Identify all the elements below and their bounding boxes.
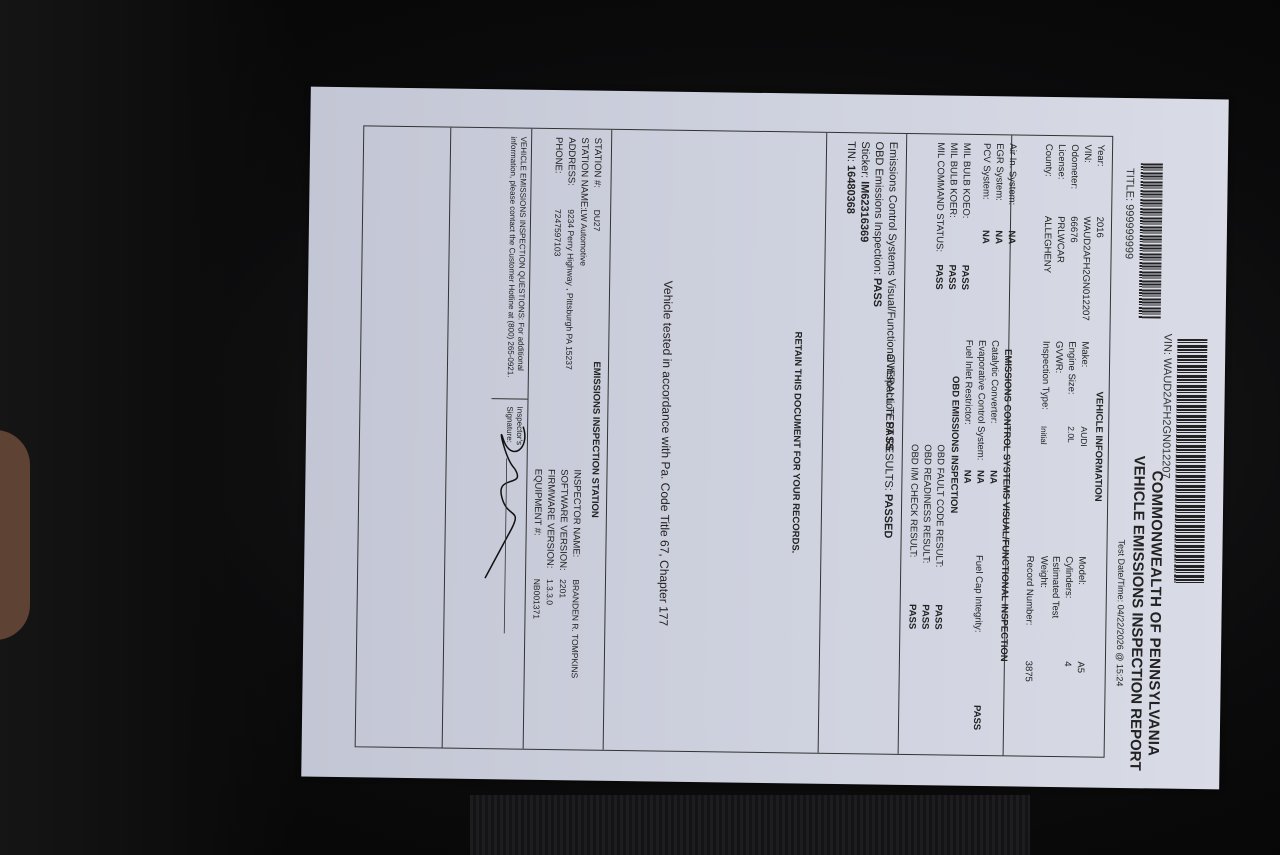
obd-readiness-label: OBD READINESS RESULT: xyxy=(920,444,933,563)
vin-value: WAUD2AFH2GN012207 xyxy=(1080,216,1092,320)
inspector-name-value: BRANDEN R. TOMPKINS xyxy=(570,579,581,678)
fuel-cap-value: PASS xyxy=(971,705,982,730)
phone-label: PHONE: xyxy=(553,137,565,174)
station-name-label: STATION NAME: xyxy=(578,137,590,210)
mil-koer-value: PASS xyxy=(946,265,957,290)
obd-fault-value: PASS xyxy=(932,604,943,629)
mil-command-label: MIL COMMAND STATUS: xyxy=(934,142,947,252)
egr-system-label: EGR System: xyxy=(993,143,1005,201)
tin: TIN: 16480368 xyxy=(844,141,857,214)
pcv-system-value: NA xyxy=(980,230,991,244)
title-barcode xyxy=(1139,163,1163,318)
air-system-value: NA xyxy=(1006,230,1017,244)
hotline-notice: VEHICLE EMISSIONS INSPECTION QUESTIONS: … xyxy=(505,136,529,391)
record-number-value: 3875 xyxy=(1023,661,1034,682)
inspection-type-label: Inspection Type: xyxy=(1039,341,1051,410)
fuel-inlet-value: NA xyxy=(961,470,972,484)
fuel-inlet-label: Fuel Inlet Restrictor: xyxy=(962,340,974,425)
sticker-label: Sticker: xyxy=(859,141,872,178)
obd-fault-label: OBD FAULT CODE RESULT: xyxy=(933,444,946,567)
obd-result: OBD Emissions Inspection: PASS xyxy=(871,141,885,307)
title-barcode-label: TITLE: 999999999 xyxy=(1123,168,1136,259)
engine-size-label: Engine Size: xyxy=(1066,341,1078,394)
overall-result-value: PASSED xyxy=(882,494,895,539)
retain-notice: RETAIN THIS DOCUMENT FOR YOUR RECORDS. xyxy=(787,132,807,752)
software-version-label: SOFTWARE VERSION: xyxy=(557,469,569,571)
gvwr-label: GVWR: xyxy=(1053,341,1064,373)
hand xyxy=(0,430,30,640)
sticker-value: IM62316369 xyxy=(858,181,871,242)
make-value: AUDI xyxy=(1079,426,1089,446)
visual-result: Emissions Control Systems Visual/Functio… xyxy=(883,142,899,451)
seat-fabric xyxy=(470,795,1030,855)
mil-command-value: PASS xyxy=(933,264,944,289)
obd-result-value: PASS xyxy=(871,278,883,307)
est-weight-label: Estimated Test Weight: xyxy=(1036,556,1061,646)
address-label: ADDRESS: xyxy=(566,137,578,186)
phone-value: 7247597103 xyxy=(553,209,564,256)
firmware-version-value: 1.3.3.0 xyxy=(545,579,555,605)
vin-label: VIN: xyxy=(1082,144,1093,163)
inspection-type-value: Initial xyxy=(1039,426,1048,445)
firmware-version-label: FIRMWARE VERSION: xyxy=(544,469,556,569)
county-label: County: xyxy=(1043,144,1054,177)
air-system-label: Air In. System: xyxy=(1006,143,1018,205)
station-number-label: STATION #: xyxy=(591,138,603,188)
inspector-signature xyxy=(480,418,533,639)
evap-system-value: NA xyxy=(974,470,985,484)
vin-barcode xyxy=(1174,339,1207,584)
evap-system-label: Evaporative Control System: xyxy=(975,340,988,461)
car-seat-background xyxy=(0,0,300,855)
mil-koeo-value: PASS xyxy=(959,265,970,290)
license-label: License: xyxy=(1056,144,1067,180)
report-title-line1: COMMONWEALTH OF PENNSYLVANIA xyxy=(1144,448,1166,778)
model-label: Model: xyxy=(1076,556,1087,585)
tin-value: 16480368 xyxy=(844,165,857,214)
tin-label: TIN: xyxy=(845,141,857,162)
obd-title: OBD EMISSIONS INSPECTION xyxy=(945,135,965,755)
year-value: 2016 xyxy=(1094,217,1105,238)
odometer-value: 66676 xyxy=(1068,216,1079,243)
egr-system-value: NA xyxy=(993,230,1004,244)
license-value: PRLWCAR xyxy=(1054,216,1066,263)
catalytic-converter-value: NA xyxy=(987,470,998,484)
emissions-inspection-report: VIN: WAUD2AFH2GN012207 TITLE: 999999999 … xyxy=(301,87,1229,790)
sticker: Sticker: IM62316369 xyxy=(858,141,871,242)
station-number-value: DU27 xyxy=(592,210,602,232)
retain-section: RETAIN THIS DOCUMENT FOR YOUR RECORDS. xyxy=(768,132,828,753)
make-label: Make: xyxy=(1079,341,1090,367)
equipment-value: NB001371 xyxy=(531,579,542,619)
year-label: Year: xyxy=(1095,145,1106,167)
emissions-control-section: EMISSIONS CONTROL SYSTEMS VISUAL/FUNCTIO… xyxy=(898,134,1013,755)
cylinders-label: Cylinders: xyxy=(1063,556,1075,598)
inspector-name-label: INSPECTOR NAME: xyxy=(570,469,582,557)
cylinders-value: 4 xyxy=(1062,661,1073,666)
obd-result-label: OBD Emissions Inspection: xyxy=(871,141,885,274)
fuel-cap-label: Fuel Cap Integrity: xyxy=(972,555,984,633)
mil-koeo-label: MIL BULB KOEO: xyxy=(960,143,972,219)
vehicle-info-section: VEHICLE INFORMATION Year: 2016 VIN: WAUD… xyxy=(1003,135,1113,756)
test-datetime: Test Date/Time: 04/22/2026 @ 15:24 xyxy=(1113,448,1128,778)
report-frame: VEHICLE INFORMATION Year: 2016 VIN: WAUD… xyxy=(355,125,1114,757)
code-section: Vehicle tested in accordance with Pa. Co… xyxy=(639,130,688,750)
obd-im-label: OBD I/M CHECK RESULT: xyxy=(907,444,920,557)
visual-result-value: PASS xyxy=(883,421,895,450)
visual-result-label: Emissions Control Systems Visual/Functio… xyxy=(883,142,899,419)
software-version-value: 2201 xyxy=(558,579,568,598)
station-name-value: LW Automotive xyxy=(578,209,589,266)
pcv-system-label: PCV System: xyxy=(980,143,992,200)
footer-divider xyxy=(492,398,528,400)
address-value: 9234 Perry Highway , Pittsburgh PA 15237 xyxy=(564,209,576,370)
equipment-label: EQUIPMENT #: xyxy=(532,469,544,536)
obd-im-value: PASS xyxy=(906,604,917,629)
odometer-label: Odometer: xyxy=(1069,144,1081,189)
county-value: ALLEGHENY xyxy=(1041,216,1053,273)
engine-size-value: 2.0L xyxy=(1066,426,1076,443)
code-notice: Vehicle tested in accordance with Pa. Co… xyxy=(656,281,675,627)
catalytic-converter-label: Catalytic Converter: xyxy=(988,340,1000,424)
record-number-label: Record Number: xyxy=(1023,556,1035,626)
mil-koer-label: MIL BULB KOER: xyxy=(947,143,959,218)
obd-readiness-value: PASS xyxy=(919,604,930,629)
model-value: A5 xyxy=(1075,661,1086,673)
